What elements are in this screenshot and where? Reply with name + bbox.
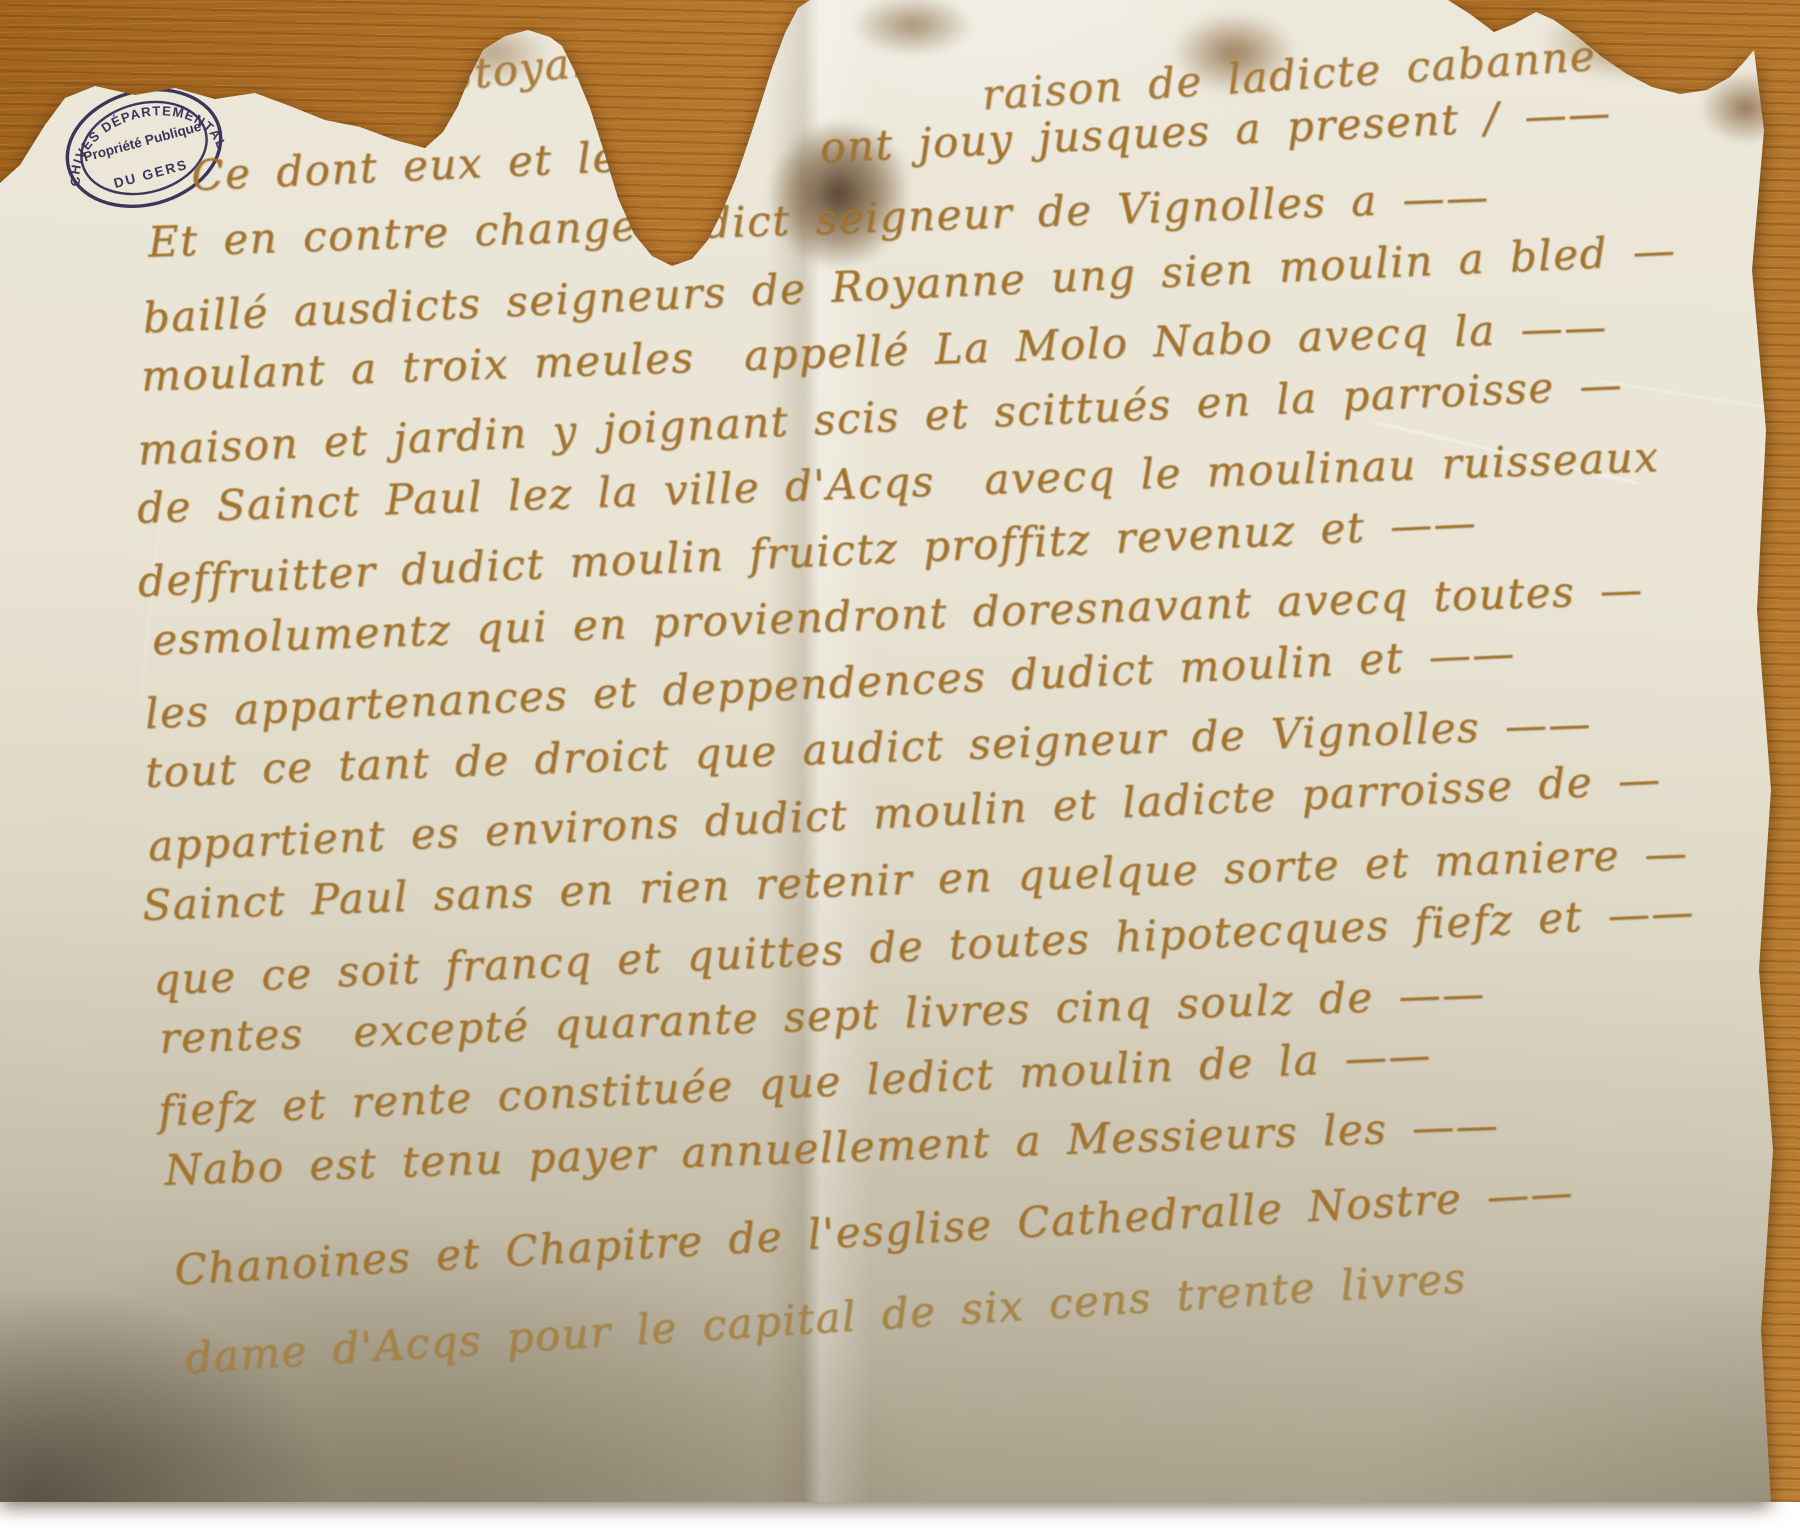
parchment-sheet-wrap: ARCHIVES DÉPARTEMENTALES Propriété Publi…	[0, 0, 1800, 1502]
manuscript-line: Stoyann gn	[441, 24, 711, 101]
parchment-sheet: ARCHIVES DÉPARTEMENTALES Propriété Publi…	[0, 0, 1800, 1502]
manuscript-text: Stoyann gn raison de ladicte cabanne Ce …	[0, 0, 1800, 1502]
torn-edge-dark-stain	[608, 0, 755, 113]
